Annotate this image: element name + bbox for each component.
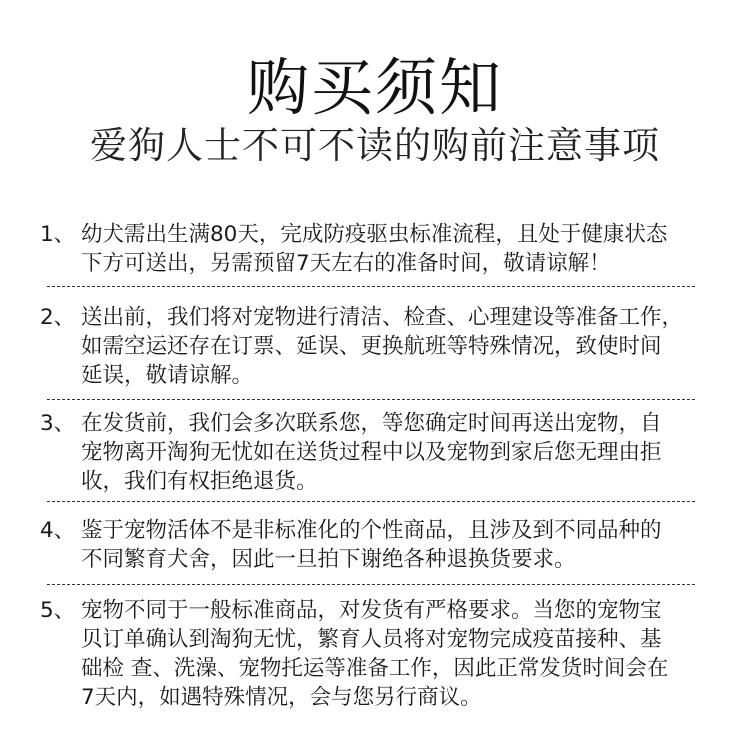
notice-line: 鉴于宠物活体不是非标准化的个性商品，且涉及到不同品种的	[81, 516, 662, 545]
notice-item-3: 3、 在发货前，我们会多次联系您，等您确定时间再送出宠物，自 宠物离开淘狗无忧如…	[40, 409, 662, 496]
notice-line: 不同繁育犬舍，因此一旦拍下谢绝各种退换货要求。	[81, 545, 662, 574]
dashed-divider	[47, 584, 695, 585]
notice-number: 1、	[40, 220, 81, 278]
notice-item-5: 5、 宠物不同于一般标准商品，对发货有严格要求。当您的宠物宝 贝订单确认到淘狗无…	[40, 596, 668, 712]
notice-line: 如需空运还存在订票、延误、更换航班等特殊情况，致使时间	[81, 332, 683, 361]
notice-text: 幼犬需出生满80天，完成防疫驱虫标准流程，且处于健康状态 下方可送出，另需预留7…	[81, 220, 667, 278]
notice-line: 宠物不同于一般标准商品，对发货有严格要求。当您的宠物宝	[81, 596, 668, 625]
notice-number: 2、	[40, 303, 81, 390]
dashed-divider	[47, 501, 695, 502]
notice-item-2: 2、 送出前，我们将对宠物进行清洁、检查、心理建设等准备工作， 如需空运还存在订…	[40, 303, 683, 390]
notice-line: 收，我们有权拒绝退货。	[81, 467, 662, 496]
notice-line: 贝订单确认到淘狗无忧，繁育人员将对宠物完成疫苗接种、基	[81, 625, 668, 654]
notice-text: 送出前，我们将对宠物进行清洁、检查、心理建设等准备工作， 如需空运还存在订票、延…	[81, 303, 683, 390]
notice-number: 3、	[40, 409, 81, 496]
notice-number: 4、	[40, 516, 81, 574]
notice-line: 础检 查、洗澡、宠物托运等准备工作，因此正常发货时间会在	[81, 654, 668, 683]
notice-line: 在发货前，我们会多次联系您，等您确定时间再送出宠物，自	[81, 409, 662, 438]
notice-number: 5、	[40, 596, 81, 712]
notice-line: 幼犬需出生满80天，完成防疫驱虫标准流程，且处于健康状态	[81, 220, 667, 249]
notice-item-1: 1、 幼犬需出生满80天，完成防疫驱虫标准流程，且处于健康状态 下方可送出，另需…	[40, 220, 667, 278]
dashed-divider	[47, 286, 695, 287]
notice-line: 延误，敬请谅解。	[81, 361, 683, 390]
notice-text: 在发货前，我们会多次联系您，等您确定时间再送出宠物，自 宠物离开淘狗无忧如在送货…	[81, 409, 662, 496]
notice-item-4: 4、 鉴于宠物活体不是非标准化的个性商品，且涉及到不同品种的 不同繁育犬舍，因此…	[40, 516, 662, 574]
page-title: 购买须知	[0, 52, 750, 124]
notice-text: 宠物不同于一般标准商品，对发货有严格要求。当您的宠物宝 贝订单确认到淘狗无忧，繁…	[81, 596, 668, 712]
page-subtitle: 爱狗人士不可不读的购前注意事项	[0, 122, 750, 170]
notice-line: 7天内，如遇特殊情况，会与您另行商议。	[81, 683, 668, 712]
notice-line: 宠物离开淘狗无忧如在送货过程中以及宠物到家后您无理由拒	[81, 438, 662, 467]
notice-line: 下方可送出，另需预留7天左右的准备时间，敬请谅解！	[81, 249, 667, 278]
notice-text: 鉴于宠物活体不是非标准化的个性商品，且涉及到不同品种的 不同繁育犬舍，因此一旦拍…	[81, 516, 662, 574]
notice-line: 送出前，我们将对宠物进行清洁、检查、心理建设等准备工作，	[81, 303, 683, 332]
dashed-divider	[47, 399, 695, 400]
